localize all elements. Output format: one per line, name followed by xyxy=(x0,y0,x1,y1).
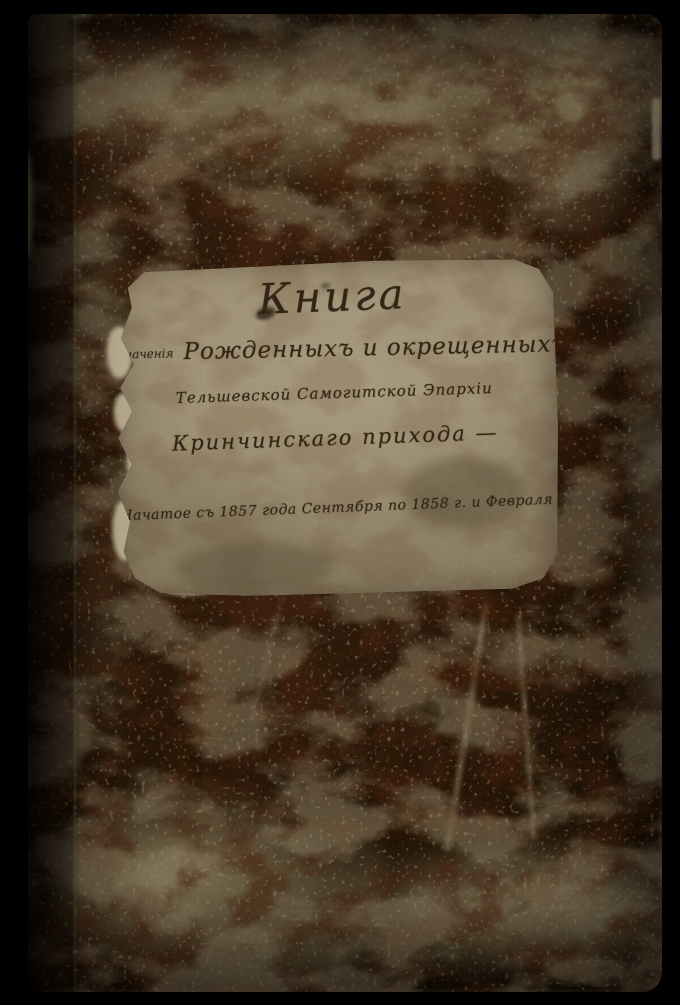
paper-label: Книга означеніяРожденныхъ и окрещенныхъ … xyxy=(109,255,562,598)
label-subtitle: означеніяРожденныхъ и окрещенныхъ xyxy=(110,331,556,366)
book-spine xyxy=(28,14,80,992)
scratch-mark xyxy=(444,603,488,851)
photo-frame: Книга означеніяРожденныхъ и окрещенныхъ … xyxy=(0,0,680,1005)
scratch-mark xyxy=(516,614,536,839)
wear-patch-bottom-right xyxy=(324,826,662,992)
wear-rim-right xyxy=(620,224,662,784)
label-parish-line: Кринчинскаго прихода — xyxy=(112,418,559,458)
wear-patch-top-right xyxy=(498,32,658,232)
label-subtitle-main: Рожденныхъ и окрещенныхъ xyxy=(183,331,561,365)
label-title: Книга xyxy=(109,263,556,329)
page-edge-tab xyxy=(652,98,661,160)
paper-stain xyxy=(403,456,524,528)
paper-label-area: Книга означеніяРожденныхъ и окрещенныхъ … xyxy=(109,255,562,598)
book-cover: Книга означеніяРожденныхъ и окрещенныхъ … xyxy=(28,14,662,992)
label-eparchy-line: Тельшевской Самогитской Эпархіи xyxy=(111,377,557,409)
scratch-mark xyxy=(250,576,289,722)
paper-stain xyxy=(174,540,335,593)
spine-hinge-line xyxy=(74,14,76,992)
